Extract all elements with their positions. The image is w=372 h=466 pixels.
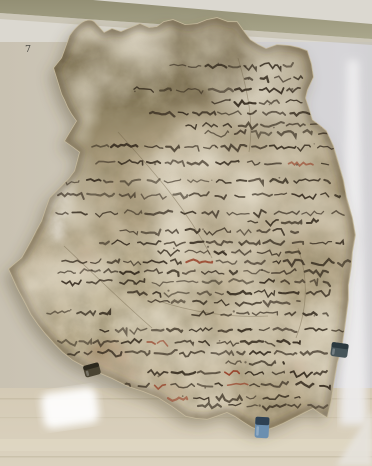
ink-dot bbox=[204, 387, 206, 389]
ink-dot bbox=[182, 395, 184, 397]
script-line bbox=[279, 292, 299, 294]
object-number-label: 7 bbox=[25, 44, 31, 55]
ink-dot bbox=[314, 315, 316, 317]
ink-dot bbox=[173, 247, 175, 249]
ink-dot bbox=[273, 127, 275, 129]
ink-dot bbox=[217, 63, 219, 65]
ink-dot bbox=[202, 228, 204, 230]
script-line bbox=[237, 180, 246, 181]
ink-dot bbox=[291, 88, 293, 90]
ink-dot bbox=[296, 164, 298, 166]
mounting-pin-right bbox=[330, 342, 349, 358]
ink-dot bbox=[219, 340, 221, 342]
ink-dot bbox=[233, 310, 235, 312]
ink-dot bbox=[244, 65, 246, 67]
ink-dot bbox=[251, 329, 253, 331]
ink-dot bbox=[279, 177, 281, 179]
ink-dot bbox=[207, 246, 209, 248]
ink-dot bbox=[211, 180, 212, 181]
photo-canvas: 7 bbox=[0, 0, 372, 466]
ink-dot bbox=[167, 209, 168, 210]
ink-dot bbox=[223, 250, 225, 252]
ink-dot bbox=[248, 78, 250, 80]
ink-dot bbox=[167, 290, 169, 292]
ink-dot bbox=[269, 104, 270, 105]
ink-dot bbox=[157, 375, 159, 377]
ink-dot bbox=[91, 269, 93, 271]
ink-dot bbox=[229, 99, 231, 101]
ink-dot bbox=[155, 234, 156, 235]
ink-dot bbox=[134, 90, 136, 92]
ink-dot bbox=[304, 264, 305, 265]
ink-dot bbox=[314, 143, 315, 144]
ink-dot bbox=[133, 283, 135, 285]
ink-dot bbox=[70, 309, 72, 311]
script-line bbox=[152, 330, 163, 331]
ink-dot bbox=[261, 269, 263, 271]
script-line bbox=[283, 362, 284, 364]
ink-dot bbox=[244, 361, 246, 363]
ink-dot bbox=[240, 243, 242, 245]
ink-dot bbox=[259, 404, 261, 406]
museum-display-photo: 7 bbox=[0, 0, 372, 466]
ink-dot bbox=[215, 146, 217, 148]
ink-dot bbox=[154, 163, 156, 165]
mounting-pin-bottom bbox=[254, 417, 269, 439]
script-line bbox=[291, 232, 298, 234]
